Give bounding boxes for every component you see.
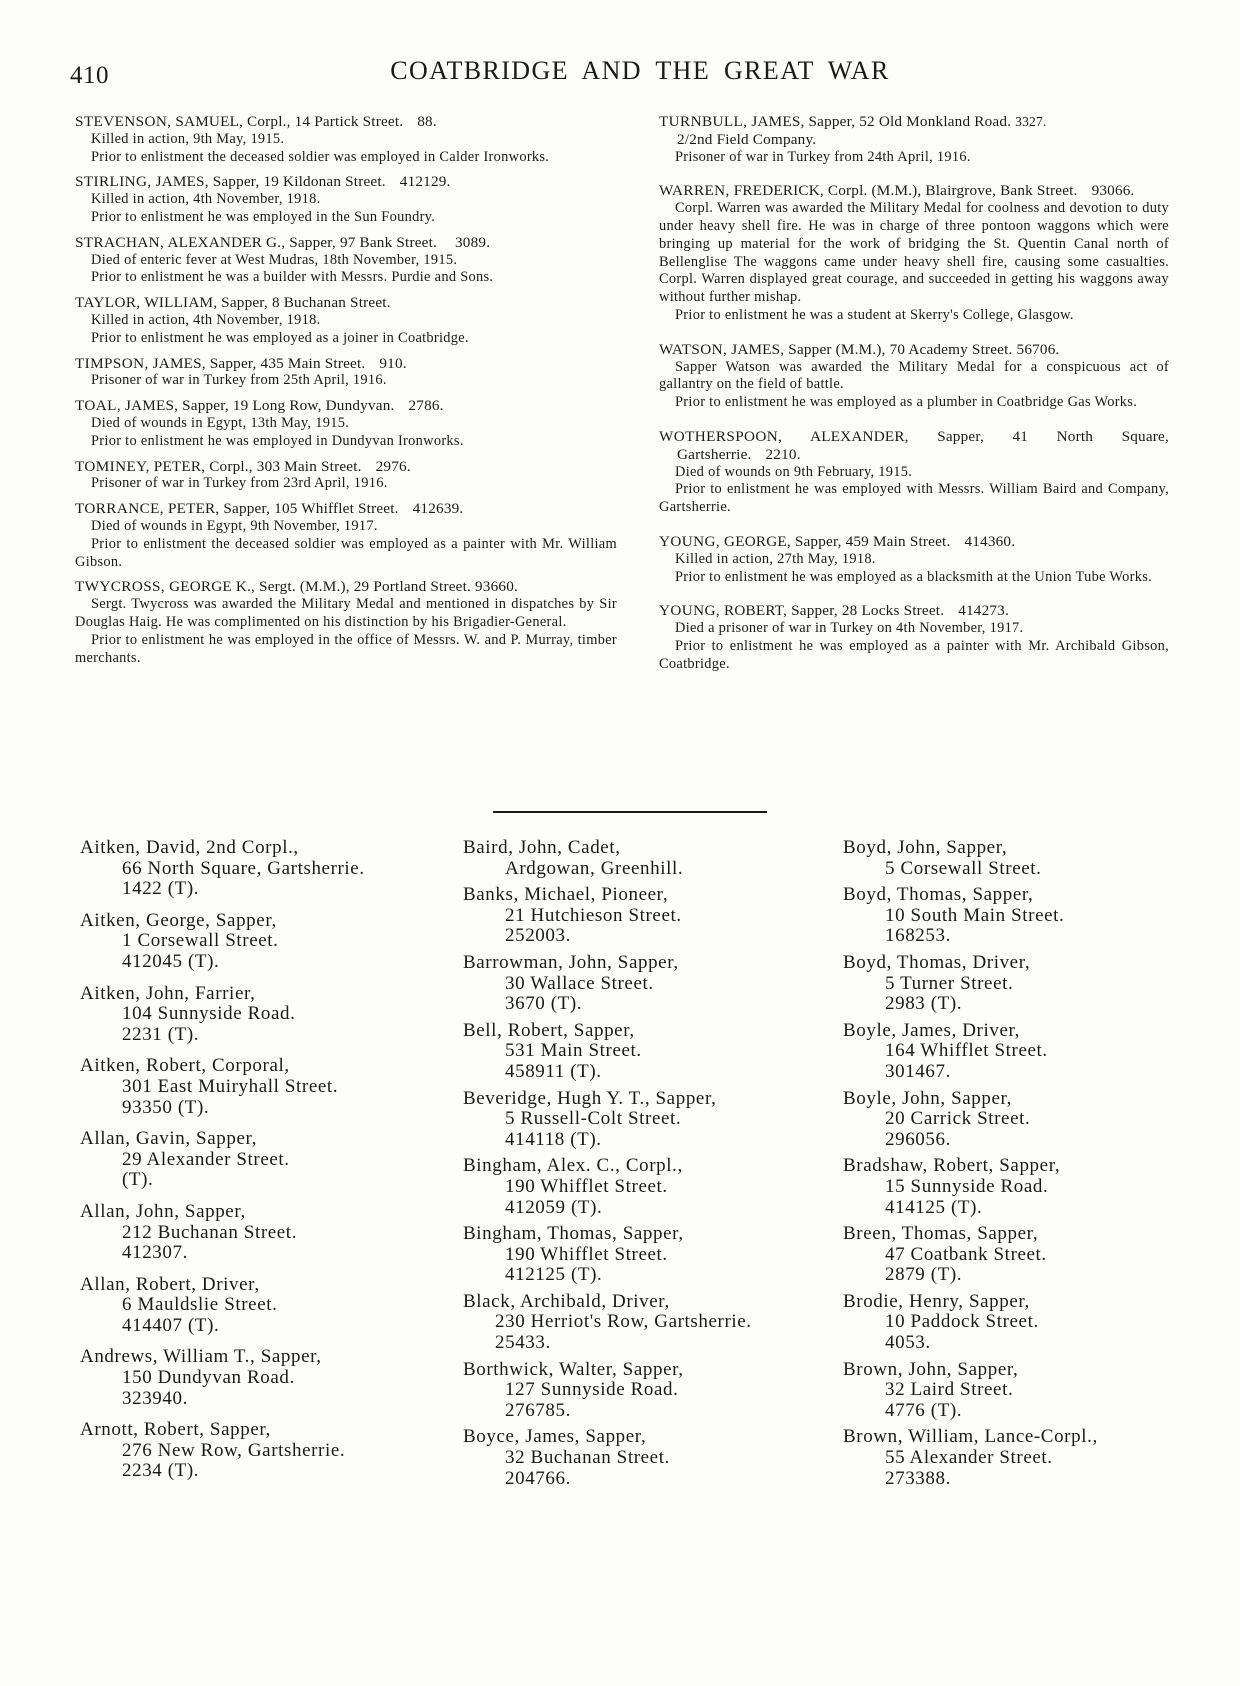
list-item: Boyd, Thomas, Sapper,10 South Main Stree… [843, 885, 1213, 947]
section-divider-rule [493, 811, 767, 813]
list-item: Boyle, James, Driver,164 Whifflet Street… [843, 1021, 1213, 1083]
entry-heading: TIMPSON, JAMES, Sapper, 435 Main Street.… [75, 355, 617, 373]
list-item: Allan, John, Sapper,212 Buchanan Street.… [80, 1202, 450, 1264]
entry-text: Died of enteric fever at West Mudras, 18… [75, 252, 617, 270]
list-item: Boyle, John, Sapper,20 Carrick Street.29… [843, 1089, 1213, 1151]
roll-entry: TURNBULL, JAMES, Sapper, 52 Old Monkland… [659, 113, 1169, 166]
entry-heading: TOMINEY, PETER, Corpl., 303 Main Street.… [75, 458, 617, 476]
entry-heading: YOUNG, GEORGE, Sapper, 459 Main Street.4… [659, 533, 1169, 551]
roll-entry: TOAL, JAMES, Sapper, 19 Long Row, Dundyv… [75, 397, 617, 450]
roll-entry: TORRANCE, PETER, Sapper, 105 Whifflet St… [75, 500, 617, 571]
entry-heading: YOUNG, ROBERT, Sapper, 28 Locks Street.4… [659, 602, 1169, 620]
entry-text: Prisoner of war in Turkey from 23rd Apri… [75, 475, 617, 493]
entry-text: Killed in action, 4th November, 1918. [75, 312, 617, 330]
list-item: Bingham, Thomas, Sapper,190 Whifflet Str… [463, 1224, 833, 1286]
list-item: Banks, Michael, Pioneer,21 Hutchieson St… [463, 885, 833, 947]
list-item: Aitken, Robert, Corporal,301 East Muiryh… [80, 1056, 450, 1118]
list-item: Brodie, Henry, Sapper,10 Paddock Street.… [843, 1292, 1213, 1354]
list-item: Borthwick, Walter, Sapper,127 Sunnyside … [463, 1360, 833, 1422]
entry-heading: WATSON, JAMES, Sapper (M.M.), 70 Academy… [659, 341, 1169, 359]
roll-entry: TOMINEY, PETER, Corpl., 303 Main Street.… [75, 458, 617, 494]
list-item: Bell, Robert, Sapper,531 Main Street.458… [463, 1021, 833, 1083]
entry-text: Killed in action, 4th November, 1918. [75, 191, 617, 209]
entry-text: Died of wounds on 9th February, 1915. [659, 464, 1169, 482]
entry-heading: TAYLOR, WILLIAM, Sapper, 8 Buchanan Stre… [75, 294, 617, 312]
entry-text: Prior to enlistment he was employed as a… [659, 569, 1169, 587]
service-list-column-1: Aitken, David, 2nd Corpl.,66 North Squar… [80, 838, 450, 1493]
list-item: Aitken, David, 2nd Corpl.,66 North Squar… [80, 838, 450, 900]
entry-text: Prior to enlistment he was employed in t… [75, 632, 617, 668]
list-item: Black, Archibald, Driver,230 Herriot's R… [463, 1292, 833, 1354]
entry-text: Prior to enlistment he was employed as a… [75, 330, 617, 348]
entry-heading: TOAL, JAMES, Sapper, 19 Long Row, Dundyv… [75, 397, 617, 415]
entry-text: Prior to enlistment he was a student at … [659, 307, 1169, 325]
entry-text: Prior to enlistment he was employed as a… [659, 394, 1169, 412]
roll-entry: WOTHERSPOON, ALEXANDER, Sapper, 41 North… [659, 428, 1169, 517]
entry-text: Corpl. Warren was awarded the Military M… [659, 200, 1169, 307]
list-item: Bingham, Alex. C., Corpl.,190 Whifflet S… [463, 1156, 833, 1218]
list-item: Beveridge, Hugh Y. T., Sapper,5 Russell-… [463, 1089, 833, 1151]
list-item: Barrowman, John, Sapper,30 Wallace Stree… [463, 953, 833, 1015]
entry-text: Died a prisoner of war in Turkey on 4th … [659, 620, 1169, 638]
list-item: Bradshaw, Robert, Sapper,15 Sunnyside Ro… [843, 1156, 1213, 1218]
entry-text: Sapper Watson was awarded the Military M… [659, 359, 1169, 395]
list-item: Arnott, Robert, Sapper,276 New Row, Gart… [80, 1420, 450, 1482]
entry-text: Prior to enlistment he was employed with… [659, 481, 1169, 517]
list-item: Baird, John, Cadet,Ardgowan, Greenhill. [463, 838, 833, 879]
roll-entry: STRACHAN, ALEXANDER G., Sapper, 97 Bank … [75, 234, 617, 287]
entry-heading: TURNBULL, JAMES, Sapper, 52 Old Monkland… [659, 113, 1169, 149]
list-item: Allan, Robert, Driver,6 Mauldslie Street… [80, 1275, 450, 1337]
roll-entry: TAYLOR, WILLIAM, Sapper, 8 Buchanan Stre… [75, 294, 617, 347]
book-page: 410 COATBRIDGE AND THE GREAT WAR STEVENS… [0, 0, 1240, 1686]
roll-entry: YOUNG, GEORGE, Sapper, 459 Main Street.4… [659, 533, 1169, 586]
roll-entry: STEVENSON, SAMUEL, Corpl., 14 Partick St… [75, 113, 617, 166]
entry-text: Prior to enlistment he was employed in D… [75, 433, 617, 451]
list-item: Andrews, William T., Sapper,150 Dundyvan… [80, 1347, 450, 1409]
list-item: Brown, William, Lance-Corpl.,55 Alexande… [843, 1427, 1213, 1489]
entry-heading: TWYCROSS, GEORGE K., Sergt. (M.M.), 29 P… [75, 578, 617, 596]
roll-entry: TIMPSON, JAMES, Sapper, 435 Main Street.… [75, 355, 617, 391]
entry-text: Killed in action, 9th May, 1915. [75, 131, 617, 149]
entry-heading: STRACHAN, ALEXANDER G., Sapper, 97 Bank … [75, 234, 617, 252]
entry-text: Died of wounds in Egypt, 9th November, 1… [75, 518, 617, 536]
roll-entry: STIRLING, JAMES, Sapper, 19 Kildonan Str… [75, 173, 617, 226]
list-item: Aitken, John, Farrier,104 Sunnyside Road… [80, 984, 450, 1046]
roll-entry: TWYCROSS, GEORGE K., Sergt. (M.M.), 29 P… [75, 578, 617, 667]
list-item: Brown, John, Sapper,32 Laird Street.4776… [843, 1360, 1213, 1422]
entry-heading: WOTHERSPOON, ALEXANDER, Sapper, 41 North… [659, 428, 1169, 464]
list-item: Breen, Thomas, Sapper,47 Coatbank Street… [843, 1224, 1213, 1286]
entry-text: Prior to enlistment the deceased soldier… [75, 536, 617, 572]
service-list-column-3: Boyd, John, Sapper,5 Corsewall Street. B… [843, 838, 1213, 1495]
list-item: Boyd, Thomas, Driver,5 Turner Street.298… [843, 953, 1213, 1015]
entry-text: Prior to enlistment he was a builder wit… [75, 269, 617, 287]
list-item: Aitken, George, Sapper,1 Corsewall Stree… [80, 911, 450, 973]
entry-text: Died of wounds in Egypt, 13th May, 1915. [75, 415, 617, 433]
roll-of-honour-left-column: STEVENSON, SAMUEL, Corpl., 14 Partick St… [75, 113, 617, 674]
entry-heading: STEVENSON, SAMUEL, Corpl., 14 Partick St… [75, 113, 617, 131]
list-item: Boyd, John, Sapper,5 Corsewall Street. [843, 838, 1213, 879]
roll-entry: WARREN, FREDERICK, Corpl. (M.M.), Blairg… [659, 182, 1169, 324]
entry-heading: WARREN, FREDERICK, Corpl. (M.M.), Blairg… [659, 182, 1169, 200]
roll-entry: YOUNG, ROBERT, Sapper, 28 Locks Street.4… [659, 602, 1169, 673]
entry-text: Sergt. Twycross was awarded the Military… [75, 596, 617, 632]
entry-text: Prisoner of war in Turkey from 25th Apri… [75, 372, 617, 390]
list-item: Allan, Gavin, Sapper,29 Alexander Street… [80, 1129, 450, 1191]
entry-text: Prisoner of war in Turkey from 24th Apri… [659, 149, 1169, 167]
roll-entry: WATSON, JAMES, Sapper (M.M.), 70 Academy… [659, 341, 1169, 412]
entry-text: Killed in action, 27th May, 1918. [659, 551, 1169, 569]
entry-heading: STIRLING, JAMES, Sapper, 19 Kildonan Str… [75, 173, 617, 191]
entry-heading: TORRANCE, PETER, Sapper, 105 Whifflet St… [75, 500, 617, 518]
running-title: COATBRIDGE AND THE GREAT WAR [0, 56, 1240, 86]
list-item: Boyce, James, Sapper,32 Buchanan Street.… [463, 1427, 833, 1489]
entry-text: Prior to enlistment he was employed in t… [75, 209, 617, 227]
entry-text: Prior to enlistment he was employed as a… [659, 638, 1169, 674]
service-list-column-2: Baird, John, Cadet,Ardgowan, Greenhill. … [463, 838, 833, 1495]
roll-of-honour-right-column: TURNBULL, JAMES, Sapper, 52 Old Monkland… [659, 113, 1169, 690]
entry-text: Prior to enlistment the deceased soldier… [75, 149, 617, 167]
